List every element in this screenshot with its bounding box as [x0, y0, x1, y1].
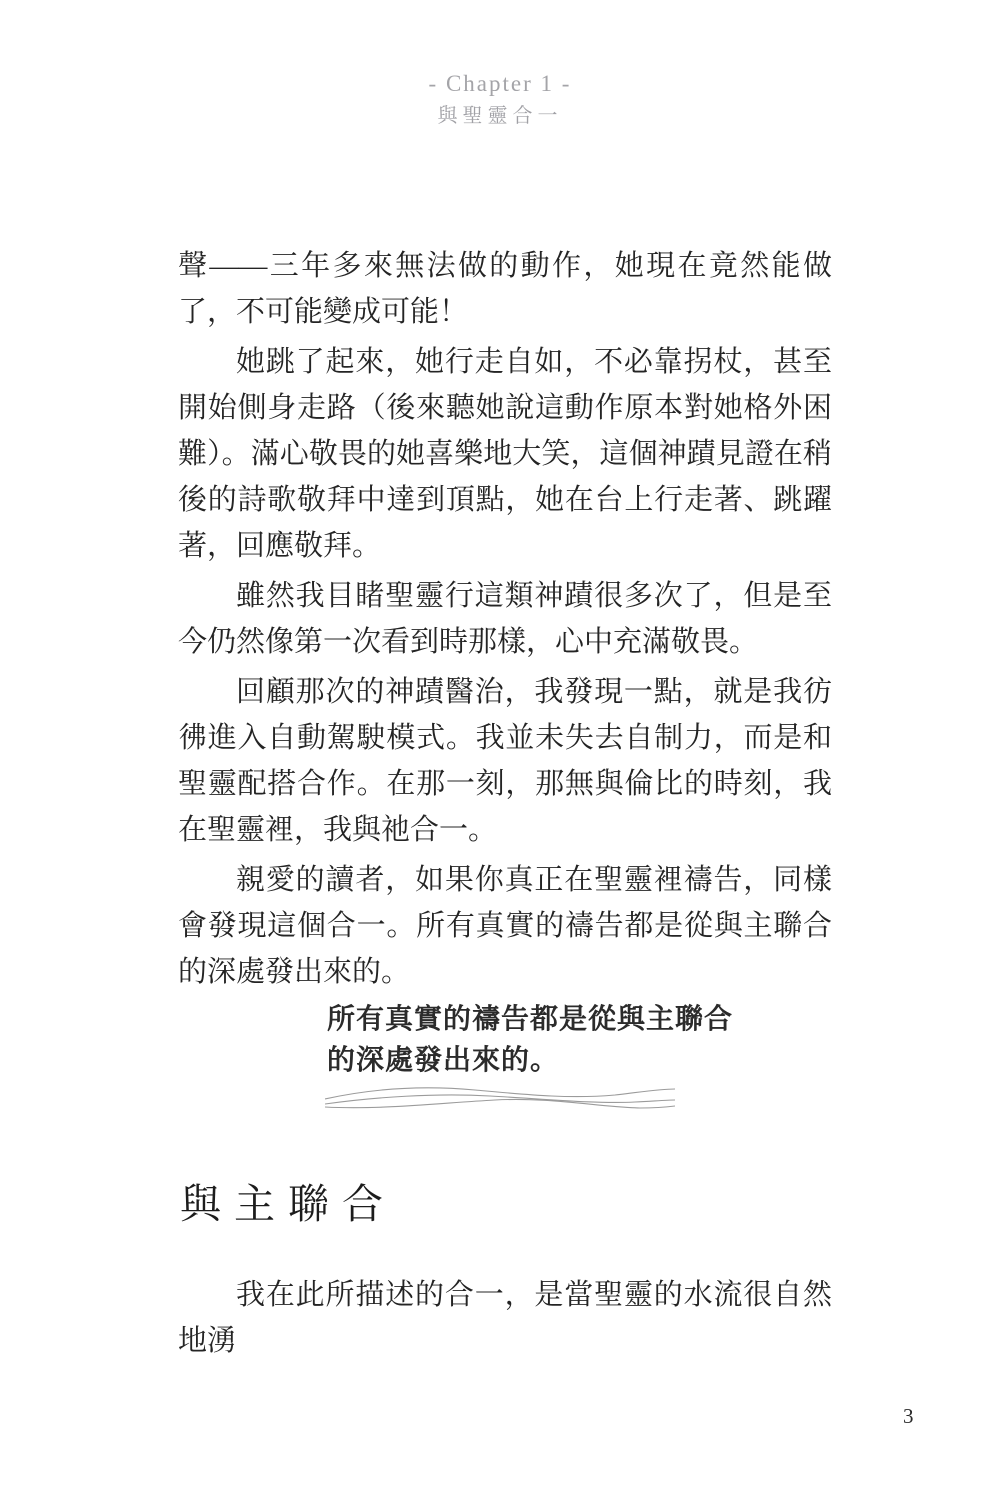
body-paragraph: 親愛的讀者，如果你真正在聖靈裡禱告，同樣會發現這個合一。所有真實的禱告都是從與主… [178, 857, 832, 995]
pull-quote-line: 的深處發出來的。 [327, 1039, 733, 1080]
section-heading: 與主聯合 [180, 1180, 396, 1228]
body-text-block: 聲——三年多來無法做的動作，她現在竟然能做了，不可能變成可能！ 她跳了起來，她行… [178, 243, 832, 995]
body-paragraph: 聲——三年多來無法做的動作，她現在竟然能做了，不可能變成可能！ [178, 243, 832, 335]
running-head: - Chapter 1 - 與聖靈合一 [0, 70, 1000, 128]
body-paragraph: 她跳了起來，她行走自如，不必靠拐杖，甚至開始側身走路（後來聽她說這動作原本對她格… [178, 339, 832, 569]
body-paragraph: 我在此所描述的合一，是當聖靈的水流很自然地湧 [178, 1272, 832, 1364]
continuation-text-block: 我在此所描述的合一，是當聖靈的水流很自然地湧 [178, 1272, 832, 1364]
page-number: 3 [903, 1404, 914, 1429]
chapter-number-label: - Chapter 1 - [0, 70, 1000, 98]
chapter-title: 與聖靈合一 [0, 104, 1000, 128]
book-page: - Chapter 1 - 與聖靈合一 聲——三年多來無法做的動作，她現在竟然能… [0, 0, 1000, 1503]
pull-quote-line: 所有真實的禱告都是從與主聯合 [327, 998, 733, 1039]
body-paragraph: 回顧那次的神蹟醫治，我發現一點，就是我彷彿進入自動駕駛模式。我並未失去自制力，而… [178, 669, 832, 853]
wavy-divider-ornament [325, 1083, 675, 1113]
body-paragraph: 雖然我目睹聖靈行這類神蹟很多次了，但是至今仍然像第一次看到時那樣，心中充滿敬畏。 [178, 573, 832, 665]
pull-quote: 所有真實的禱告都是從與主聯合 的深處發出來的。 [327, 998, 733, 1080]
